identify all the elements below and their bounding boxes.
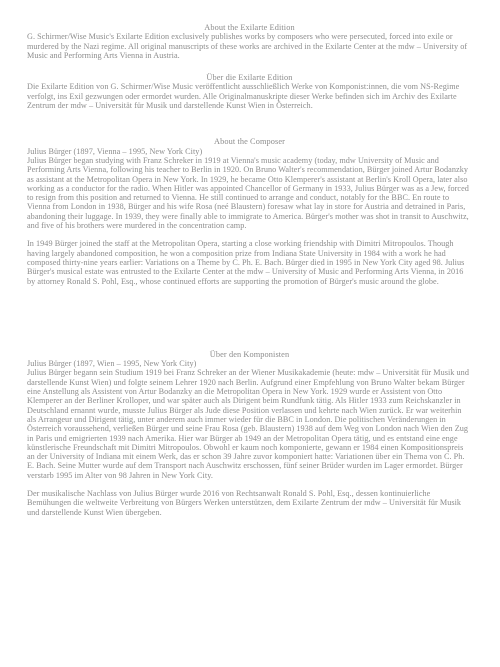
section-heading-about-composer-en: About the Composer	[27, 137, 472, 146]
section-exilarte-edition-de: Über die Exilarte Edition Die Exilarte E…	[27, 73, 472, 110]
document-page: About the Exilarte Edition G. Schirmer/W…	[0, 0, 500, 667]
section-heading-exilarte-edition-de: Über die Exilarte Edition	[27, 73, 472, 82]
paragraph-exilarte-edition-de: Die Exilarte Edition von G. Schirmer/Wis…	[27, 82, 472, 110]
section-about-exilarte-edition-en: About the Exilarte Edition G. Schirmer/W…	[27, 23, 472, 60]
paragraph-exilarte-edition-en: G. Schirmer/Wise Music's Exilarte Editio…	[27, 32, 472, 60]
section-heading-about-composer-de: Über den Komponisten	[27, 350, 472, 359]
paragraph-composer-bio-en-2: In 1949 Bürger joined the staff at the M…	[27, 239, 472, 285]
section-about-composer-en: About the Composer Julius Bürger (1897, …	[27, 137, 472, 285]
section-about-composer-de: Über den Komponisten Julius Bürger (1897…	[27, 350, 472, 517]
composer-name-line-en: Julius Bürger (1897, Vienna – 1995, New …	[27, 147, 472, 156]
paragraph-composer-bio-en-1: Julius Bürger began studying with Franz …	[27, 156, 472, 230]
paragraph-composer-bio-de-1: Julius Bürger begann sein Studium 1919 b…	[27, 368, 472, 480]
paragraph-composer-bio-de-2: Der musikalische Nachlass von Julius Bür…	[27, 489, 472, 517]
section-heading-about-exilarte-edition-en: About the Exilarte Edition	[27, 23, 472, 32]
composer-name-line-de: Julius Bürger (1897, Wien – 1995, New Yo…	[27, 359, 472, 368]
